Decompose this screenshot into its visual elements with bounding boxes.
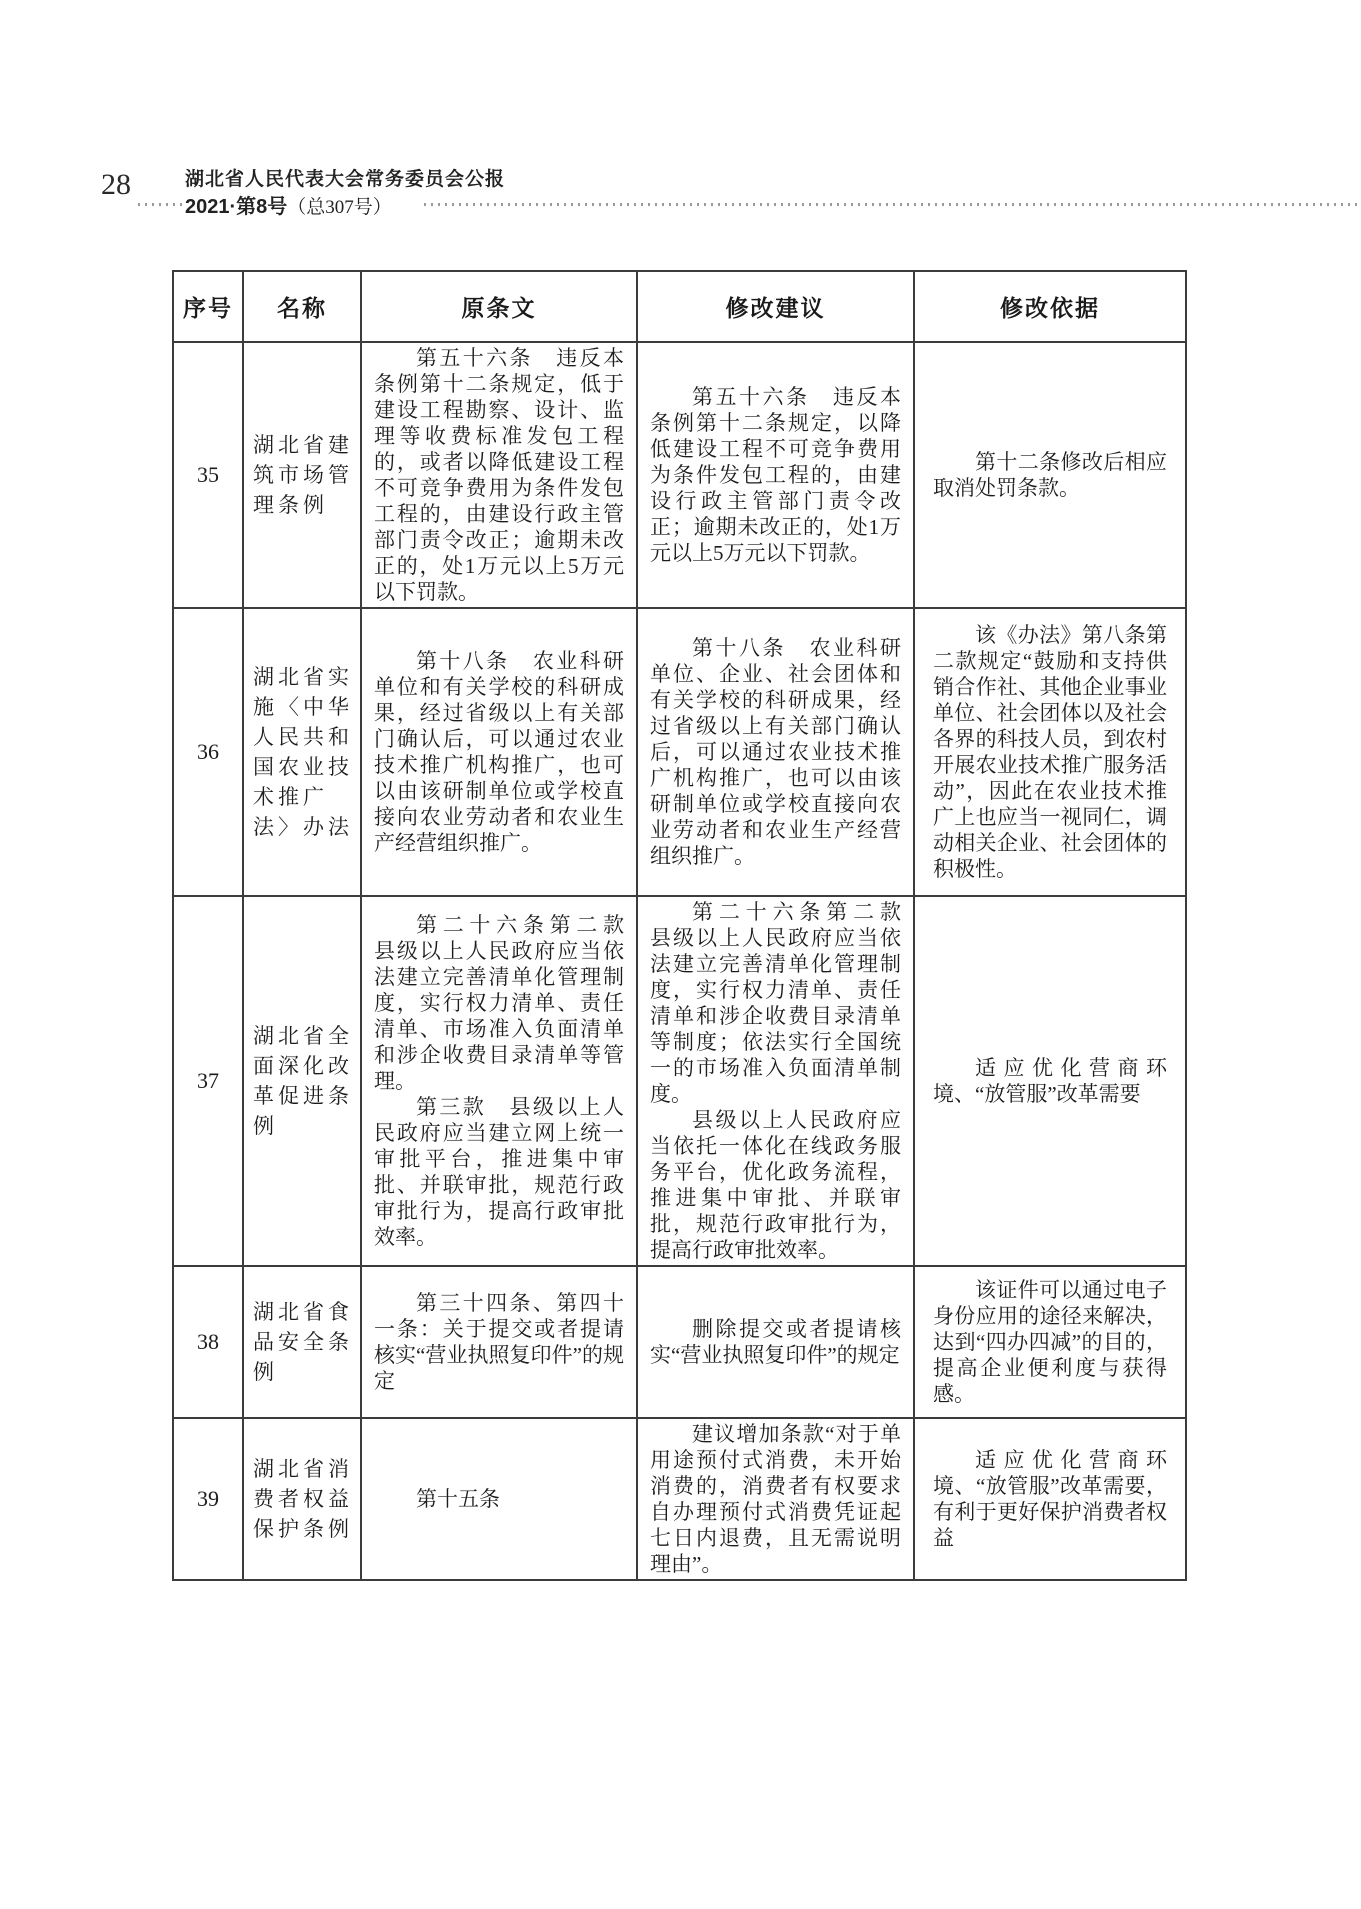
paragraph: 第三款 县级以上人民政府应当建立网上统一审批平台，推进集中审批、并联审批，规范行… xyxy=(374,1094,624,1250)
cell-original: 第十五条 xyxy=(361,1418,637,1580)
table-header-row: 序号 名称 原条文 修改建议 修改依据 xyxy=(173,271,1186,342)
cell-basis: 适应优化营商环境、“放管服”改革需要，有利于更好保护消费者权益 xyxy=(914,1418,1186,1580)
cell-name: 湖北省建筑市场管理条例 xyxy=(243,342,361,608)
cell-basis: 该《办法》第八条第二款规定“鼓励和支持供销合作社、其他企业事业单位、社会团体以及… xyxy=(914,608,1186,896)
column-header-original: 原条文 xyxy=(361,271,637,342)
table-row: 38 湖北省食品安全条例 第三十四条、第四十一条：关于提交或者提请核实“营业执照… xyxy=(173,1266,1186,1418)
cell-suggestion: 删除提交或者提请核实“营业执照复印件”的规定 xyxy=(637,1266,914,1418)
paragraph: 第十八条 农业科研单位、企业、社会团体和有关学校的科研成果，经过省级以上有关部门… xyxy=(650,635,901,869)
paragraph: 适应优化营商环境、“放管服”改革需要，有利于更好保护消费者权益 xyxy=(933,1447,1167,1551)
table-row: 37 湖北省全面深化改革促进条例 第二十六条第二款 县级以上人民政府应当依法建立… xyxy=(173,896,1186,1266)
cell-no: 39 xyxy=(173,1418,243,1580)
issue-total-number: （总307号） xyxy=(287,197,392,218)
paragraph: 第五十六条 违反本条例第十二条规定，低于建设工程勘察、设计、监理等收费标准发包工… xyxy=(374,345,624,605)
dotted-leader-left xyxy=(138,203,182,206)
table-row: 36 湖北省实施〈中华人民共和国农业技术推广法〉办法 第十八条 农业科研单位和有… xyxy=(173,608,1186,896)
cell-no: 37 xyxy=(173,896,243,1266)
column-header-suggestion: 修改建议 xyxy=(637,271,914,342)
paragraph: 县级以上人民政府应当依托一体化在线政务服务平台，优化政务流程，推进集中审批、并联… xyxy=(650,1107,901,1263)
paragraph: 该《办法》第八条第二款规定“鼓励和支持供销合作社、其他企业事业单位、社会团体以及… xyxy=(933,622,1167,882)
column-header-name: 名称 xyxy=(243,271,361,342)
cell-name: 湖北省消费者权益保护条例 xyxy=(243,1418,361,1580)
cell-original: 第三十四条、第四十一条：关于提交或者提请核实“营业执照复印件”的规定 xyxy=(361,1266,637,1418)
paragraph: 第十二条修改后相应取消处罚条款。 xyxy=(933,449,1167,501)
cell-no: 36 xyxy=(173,608,243,896)
paragraph: 第三十四条、第四十一条：关于提交或者提请核实“营业执照复印件”的规定 xyxy=(374,1290,624,1394)
cell-suggestion: 第十八条 农业科研单位、企业、社会团体和有关学校的科研成果，经过省级以上有关部门… xyxy=(637,608,914,896)
cell-basis: 第十二条修改后相应取消处罚条款。 xyxy=(914,342,1186,608)
issue-line: 2021·第8号（总307号） xyxy=(185,190,392,219)
cell-name: 湖北省全面深化改革促进条例 xyxy=(243,896,361,1266)
paragraph: 第十五条 xyxy=(374,1486,624,1512)
paragraph: 建议增加条款“对于单用途预付式消费，未开始消费的，消费者有权要求自办理预付式消费… xyxy=(650,1421,901,1577)
issue-number: 2021·第8号 xyxy=(185,196,287,218)
column-header-no: 序号 xyxy=(173,271,243,342)
cell-suggestion: 建议增加条款“对于单用途预付式消费，未开始消费的，消费者有权要求自办理预付式消费… xyxy=(637,1418,914,1580)
cell-basis: 该证件可以通过电子身份应用的途径来解决，达到“四办四减”的目的，提高企业便利度与… xyxy=(914,1266,1186,1418)
amendments-table: 序号 名称 原条文 修改建议 修改依据 35 湖北省建筑市场管理条例 第五十六条… xyxy=(172,270,1187,1581)
paragraph: 该证件可以通过电子身份应用的途径来解决，达到“四办四减”的目的，提高企业便利度与… xyxy=(933,1277,1167,1407)
cell-original: 第二十六条第二款 县级以上人民政府应当依法建立完善清单化管理制度，实行权力清单、… xyxy=(361,896,637,1266)
table-row: 39 湖北省消费者权益保护条例 第十五条 建议增加条款“对于单用途预付式消费，未… xyxy=(173,1418,1186,1580)
cell-no: 35 xyxy=(173,342,243,608)
cell-no: 38 xyxy=(173,1266,243,1418)
cell-name: 湖北省实施〈中华人民共和国农业技术推广法〉办法 xyxy=(243,608,361,896)
cell-name: 湖北省食品安全条例 xyxy=(243,1266,361,1418)
cell-suggestion: 第五十六条 违反本条例第十二条规定，以降低建设工程不可竞争费用为条件发包工程的，… xyxy=(637,342,914,608)
table-row: 35 湖北省建筑市场管理条例 第五十六条 违反本条例第十二条规定，低于建设工程勘… xyxy=(173,342,1186,608)
column-header-basis: 修改依据 xyxy=(914,271,1186,342)
dotted-leader-right xyxy=(424,203,1361,206)
paragraph: 删除提交或者提请核实“营业执照复印件”的规定 xyxy=(650,1316,901,1368)
cell-suggestion: 第二十六条第二款 县级以上人民政府应当依法建立完善清单化管理制度，实行权力清单、… xyxy=(637,896,914,1266)
paragraph: 第五十六条 违反本条例第十二条规定，以降低建设工程不可竞争费用为条件发包工程的，… xyxy=(650,384,901,566)
paragraph: 第二十六条第二款 县级以上人民政府应当依法建立完善清单化管理制度，实行权力清单、… xyxy=(374,912,624,1094)
cell-basis: 适应优化营商环境、“放管服”改革需要 xyxy=(914,896,1186,1266)
cell-original: 第十八条 农业科研单位和有关学校的科研成果，经过省级以上有关部门确认后，可以通过… xyxy=(361,608,637,896)
paragraph: 第二十六条第二款 县级以上人民政府应当依法建立完善清单化管理制度，实行权力清单、… xyxy=(650,899,901,1107)
publication-title: 湖北省人民代表大会常务委员会公报 xyxy=(185,164,505,191)
paragraph: 适应优化营商环境、“放管服”改革需要 xyxy=(933,1055,1167,1107)
page-number: 28 xyxy=(101,168,131,202)
paragraph: 第十八条 农业科研单位和有关学校的科研成果，经过省级以上有关部门确认后，可以通过… xyxy=(374,648,624,856)
cell-original: 第五十六条 违反本条例第十二条规定，低于建设工程勘察、设计、监理等收费标准发包工… xyxy=(361,342,637,608)
